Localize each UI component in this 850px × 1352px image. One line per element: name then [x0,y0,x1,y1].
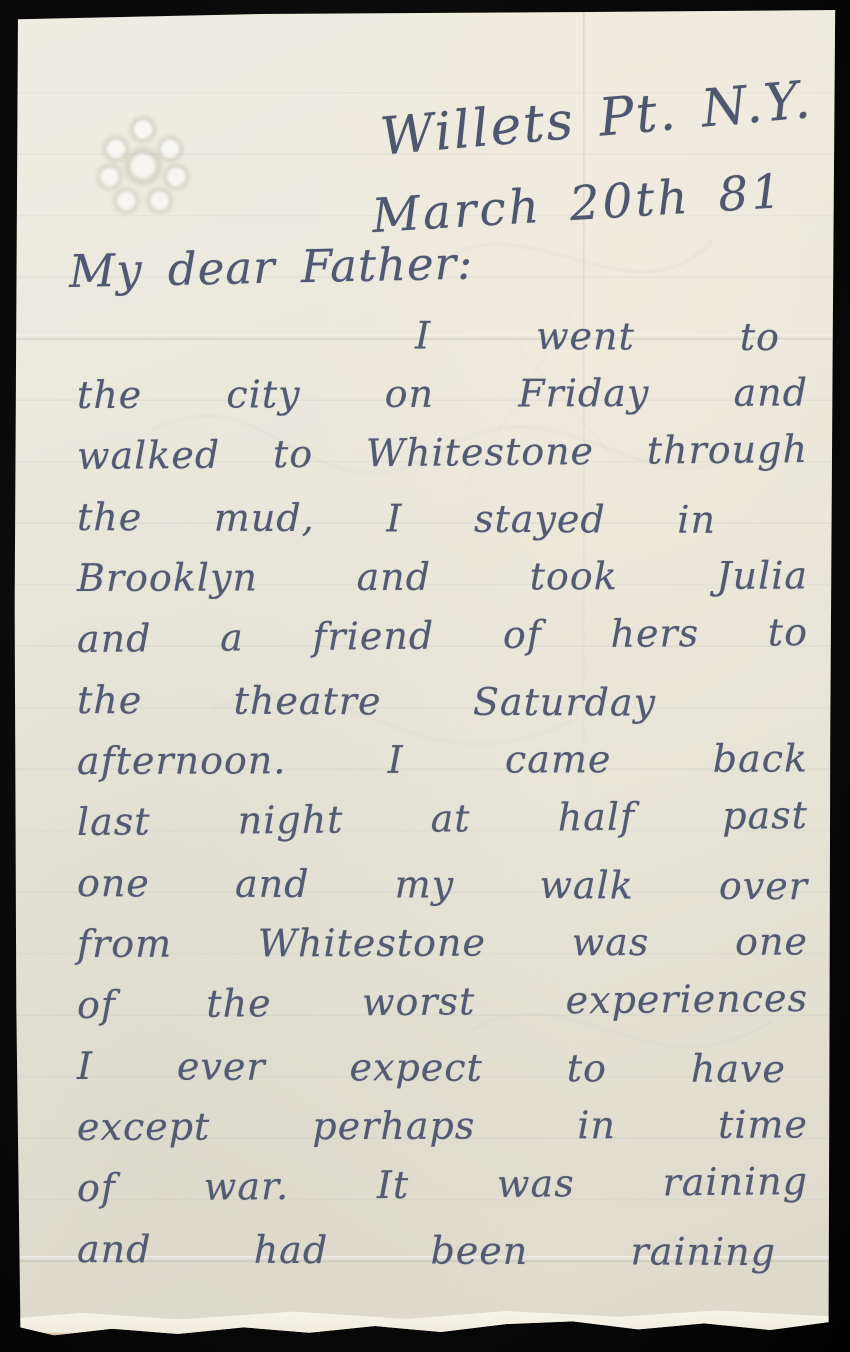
letter-line: afternoon. I came back [77,728,808,792]
embossed-seal-icon [91,110,195,218]
letter-line: I went to [77,304,808,368]
letter-line: and had been raining [77,1219,808,1283]
heading-date: March 20th 81 [353,168,785,241]
letter-line: from Whitestone was one [77,911,808,975]
letter-line: the theatre Saturday [77,670,808,734]
heading-place: Willets Pt. N.Y. [342,74,815,167]
letter-line: I ever expect to have [77,1036,808,1100]
letter-line: of the worst experiences [77,968,809,1036]
letter-line: except perhaps in time [77,1094,808,1158]
salutation: My dear Father: [69,237,550,297]
photo-backdrop: Willets Pt. N.Y. March 20th 81 My dear F… [0,0,850,1352]
letter-line: Brooklyn and took Julia [77,545,808,609]
letter-paper: Willets Pt. N.Y. March 20th 81 My dear F… [13,10,836,1338]
letter-line: last night at half past [77,785,809,853]
letter-line: and a friend of hers to [77,602,809,670]
letter-line: of war. It was raining [77,1151,809,1219]
letter-line: walked to Whitestone through [77,419,809,487]
letter-line: the city on Friday and [77,362,808,426]
letter-body: I went to the city on Friday and walked … [77,304,808,1280]
letter-line: the mud, I stayed in [77,487,808,551]
underlying-page-edge [17,1309,830,1335]
letter-line: one and my walk over [77,853,808,917]
